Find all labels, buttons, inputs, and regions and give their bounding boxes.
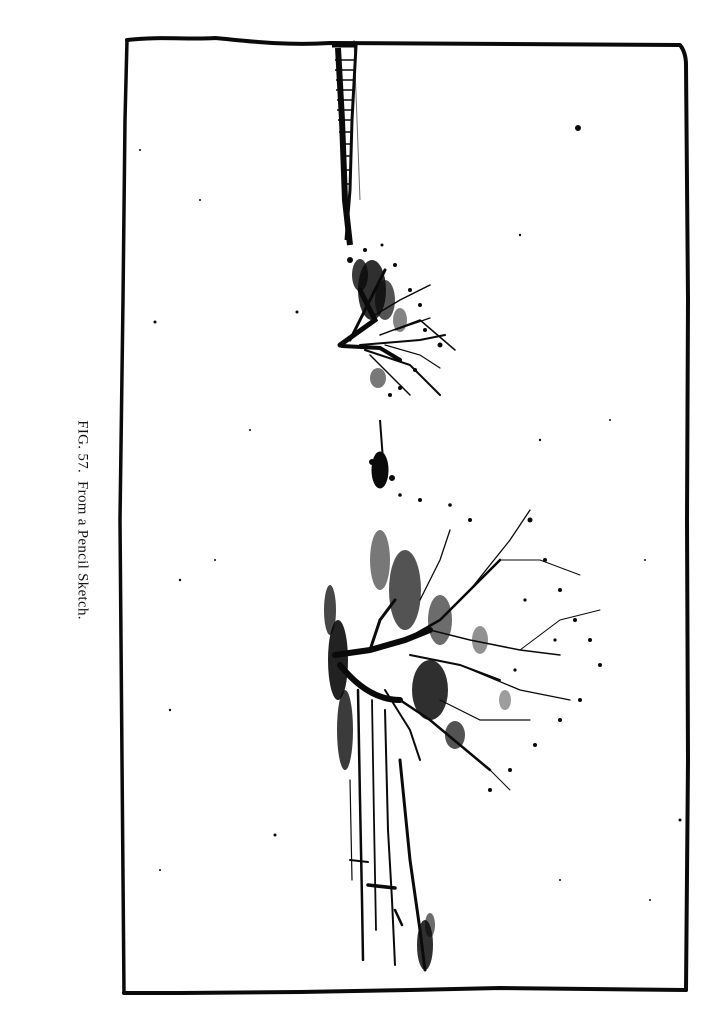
fence-sketch — [332, 40, 360, 245]
sketch-illustration — [0, 0, 728, 1033]
document-page: FIG. 57.From a Pencil Sketch. — [0, 0, 728, 1033]
paper-speckles — [139, 125, 682, 901]
shrub-sketch — [370, 420, 395, 488]
frame-border — [120, 38, 688, 993]
ground-lines-sketch — [350, 690, 425, 970]
